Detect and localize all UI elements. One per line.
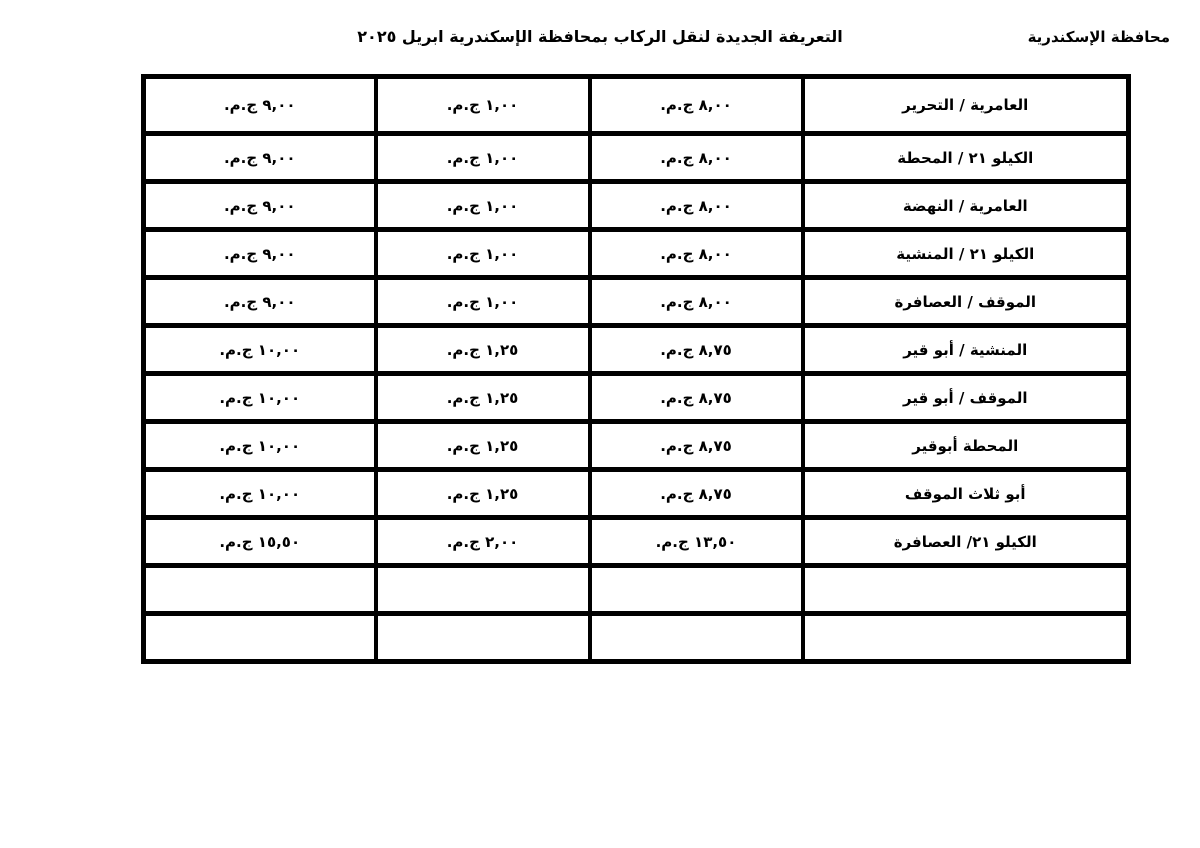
old-fare-cell: ٨,٧٥ ج.م. [590,470,803,518]
increase-cell: ١,٠٠ ج.م. [376,230,590,278]
route-cell: الكيلو ٢١/ العصافرة [803,518,1129,566]
table-row: العامرية / النهضة ٨,٠٠ ج.م. ١,٠٠ ج.م. ٩,… [144,182,1129,230]
new-fare-cell: ١٠,٠٠ ج.م. [144,374,376,422]
new-fare-cell: ٩,٠٠ ج.م. [144,278,376,326]
increase-cell [376,566,590,614]
table-row: المنشية / أبو قير ٨,٧٥ ج.م. ١,٢٥ ج.م. ١٠… [144,326,1129,374]
old-fare-cell: ١٣,٥٠ ج.م. [590,518,803,566]
route-cell: المحطة أبوقير [803,422,1129,470]
old-fare-cell [590,614,803,662]
increase-cell: ١,٠٠ ج.م. [376,77,590,134]
increase-cell: ٢,٠٠ ج.م. [376,518,590,566]
new-fare-cell: ٩,٠٠ ج.م. [144,134,376,182]
old-fare-cell: ٨,٧٥ ج.م. [590,374,803,422]
old-fare-cell: ٨,٠٠ ج.م. [590,230,803,278]
fare-table-container: العامرية / التحرير ٨,٠٠ ج.م. ١,٠٠ ج.م. ٩… [0,74,1200,664]
old-fare-cell [590,566,803,614]
route-cell: أبو ثلاث الموقف [803,470,1129,518]
old-fare-cell: ٨,٠٠ ج.م. [590,77,803,134]
table-row: العامرية / التحرير ٨,٠٠ ج.م. ١,٠٠ ج.م. ٩… [144,77,1129,134]
increase-cell: ١,٢٥ ج.م. [376,374,590,422]
new-fare-cell: ١٠,٠٠ ج.م. [144,470,376,518]
route-cell [803,566,1129,614]
route-cell: الكيلو ٢١ / المنشية [803,230,1129,278]
new-fare-cell: ١٥,٥٠ ج.م. [144,518,376,566]
table-row: أبو ثلاث الموقف ٨,٧٥ ج.م. ١,٢٥ ج.م. ١٠,٠… [144,470,1129,518]
new-fare-cell: ٩,٠٠ ج.م. [144,77,376,134]
new-fare-cell [144,614,376,662]
old-fare-cell: ٨,٧٥ ج.م. [590,422,803,470]
new-fare-cell: ١٠,٠٠ ج.م. [144,326,376,374]
document-title: التعريفة الجديدة لنقل الركاب بمحافظة الإ… [0,27,1200,46]
table-row-empty [144,614,1129,662]
new-fare-cell [144,566,376,614]
table-row: الموقف / أبو قير ٨,٧٥ ج.م. ١,٢٥ ج.م. ١٠,… [144,374,1129,422]
table-row: المحطة أبوقير ٨,٧٥ ج.م. ١,٢٥ ج.م. ١٠,٠٠ … [144,422,1129,470]
route-cell: الكيلو ٢١ / المحطة [803,134,1129,182]
route-cell: المنشية / أبو قير [803,326,1129,374]
increase-cell: ١,٢٥ ج.م. [376,326,590,374]
table-row: الكيلو ٢١/ العصافرة ١٣,٥٠ ج.م. ٢,٠٠ ج.م.… [144,518,1129,566]
old-fare-cell: ٨,٠٠ ج.م. [590,278,803,326]
route-cell: الموقف / العصافرة [803,278,1129,326]
table-row-empty [144,566,1129,614]
governorate-label: محافظة الإسكندرية [1028,28,1170,46]
new-fare-cell: ١٠,٠٠ ج.م. [144,422,376,470]
document-header: التعريفة الجديدة لنقل الركاب بمحافظة الإ… [0,0,1200,74]
increase-cell: ١,٠٠ ج.م. [376,182,590,230]
table-row: الكيلو ٢١ / المحطة ٨,٠٠ ج.م. ١,٠٠ ج.م. ٩… [144,134,1129,182]
fare-table: العامرية / التحرير ٨,٠٠ ج.م. ١,٠٠ ج.م. ٩… [141,74,1131,664]
increase-cell: ١,٢٥ ج.م. [376,422,590,470]
new-fare-cell: ٩,٠٠ ج.م. [144,182,376,230]
table-row: الكيلو ٢١ / المنشية ٨,٠٠ ج.م. ١,٠٠ ج.م. … [144,230,1129,278]
route-cell: الموقف / أبو قير [803,374,1129,422]
increase-cell: ١,٢٥ ج.م. [376,470,590,518]
route-cell [803,614,1129,662]
route-cell: العامرية / النهضة [803,182,1129,230]
increase-cell: ١,٠٠ ج.م. [376,278,590,326]
old-fare-cell: ٨,٧٥ ج.م. [590,326,803,374]
increase-cell [376,614,590,662]
route-cell: العامرية / التحرير [803,77,1129,134]
table-row: الموقف / العصافرة ٨,٠٠ ج.م. ١,٠٠ ج.م. ٩,… [144,278,1129,326]
old-fare-cell: ٨,٠٠ ج.م. [590,134,803,182]
increase-cell: ١,٠٠ ج.م. [376,134,590,182]
old-fare-cell: ٨,٠٠ ج.م. [590,182,803,230]
new-fare-cell: ٩,٠٠ ج.م. [144,230,376,278]
